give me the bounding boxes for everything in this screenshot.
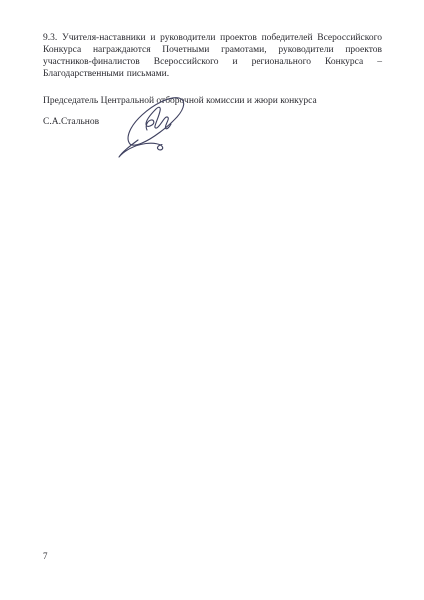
page-number: 7 bbox=[43, 551, 48, 562]
document-content: 9.3. Учителя-наставники и руководители п… bbox=[43, 33, 382, 128]
document-page: 9.3. Учителя-наставники и руководители п… bbox=[0, 0, 424, 600]
paragraph-9-3: 9.3. Учителя-наставники и руководители п… bbox=[43, 33, 382, 81]
chairman-title-line: Председатель Центральной отборочной коми… bbox=[43, 95, 382, 107]
signatory-name: С.А.Стальнов bbox=[43, 116, 382, 128]
